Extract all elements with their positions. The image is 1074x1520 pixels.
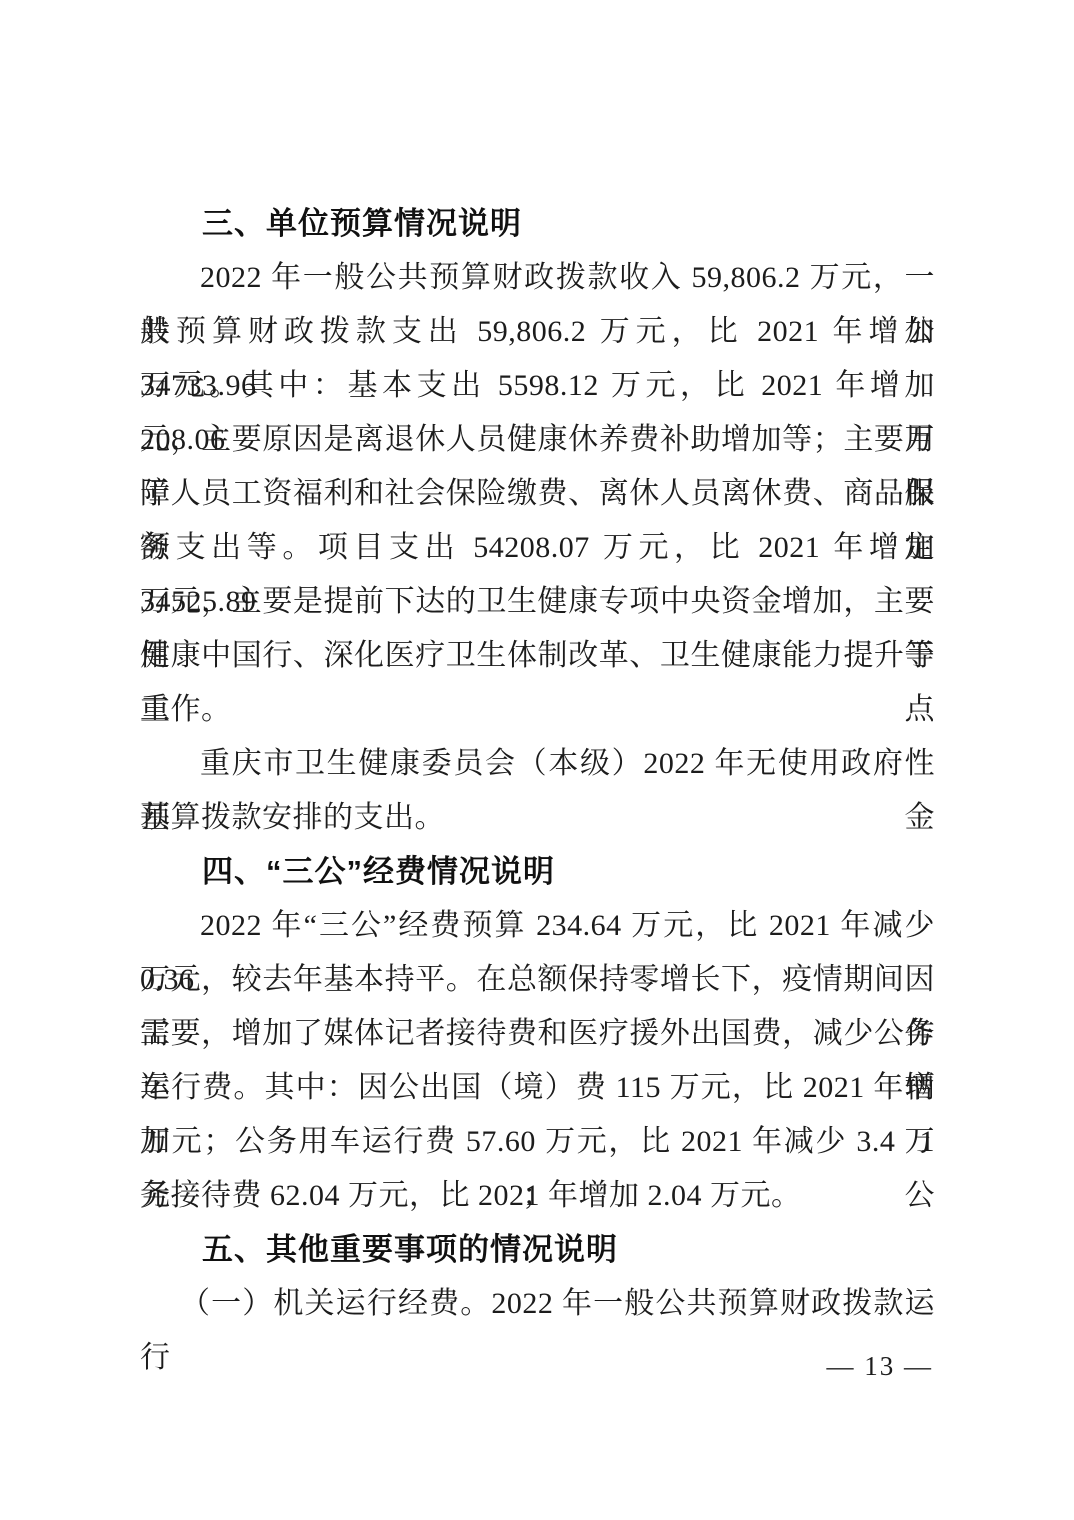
section-heading-4: 四、“三公”经费情况说明: [140, 845, 935, 899]
body-line: 运行费。其中：因公出国（境）费 115 万元，比 2021 年增加 1: [140, 1061, 935, 1115]
body-line: 障人员工资福利和社会保险缴费、离休人员离休费、商品服务定: [140, 467, 935, 521]
body-line: 元，主要原因是离退休人员健康休养费补助增加等；主要用于保: [140, 413, 935, 467]
body-line: 重庆市卫生健康委员会（本级）2022 年无使用政府性基金: [140, 737, 935, 791]
section-heading-5: 五、其他重要事项的情况说明: [140, 1223, 935, 1277]
body-line: 2022 年一般公共预算财政拨款收入 59,806.2 万元，一般公: [140, 251, 935, 305]
section-heading-3: 三、单位预算情况说明: [140, 197, 935, 251]
body-line: 额支出等。项目支出 54208.07 万元，比 2021 年增加 34525.8…: [140, 521, 935, 575]
body-line: 2022 年“三公”经费预算 234.64 万元，比 2021 年减少 0.36: [140, 899, 935, 953]
page-number: — 13 —: [827, 1346, 934, 1386]
body-line: （一）机关运行经费。2022 年一般公共预算财政拨款运行: [140, 1277, 935, 1331]
body-line: 万元，主要是提前下达的卫生健康专项中央资金增加，主要用于: [140, 575, 935, 629]
body-line: 万元。其中：基本支出 5598.12 万元，比 2021 年增加 208.06 …: [140, 359, 935, 413]
body-line: 万元，较去年基本持平。在总额保持零增长下，疫情期间因工作: [140, 953, 935, 1007]
document-page: 三、单位预算情况说明 2022 年一般公共预算财政拨款收入 59,806.2 万…: [0, 0, 1074, 1520]
body-line: 健康中国行、深化医疗卫生体制改革、卫生健康能力提升等重点: [140, 629, 935, 683]
body-line: 需要，增加了媒体记者接待费和医疗援外出国费，减少公务车辆: [140, 1007, 935, 1061]
body-line: 共预算财政拨款支出 59,806.2 万元，比 2021 年增加 34733.9…: [140, 305, 935, 359]
document-body: 三、单位预算情况说明 2022 年一般公共预算财政拨款收入 59,806.2 万…: [140, 197, 935, 1331]
body-line: 万元；公务用车运行费 57.60 万元，比 2021 年减少 3.4 万元；公: [140, 1115, 935, 1169]
